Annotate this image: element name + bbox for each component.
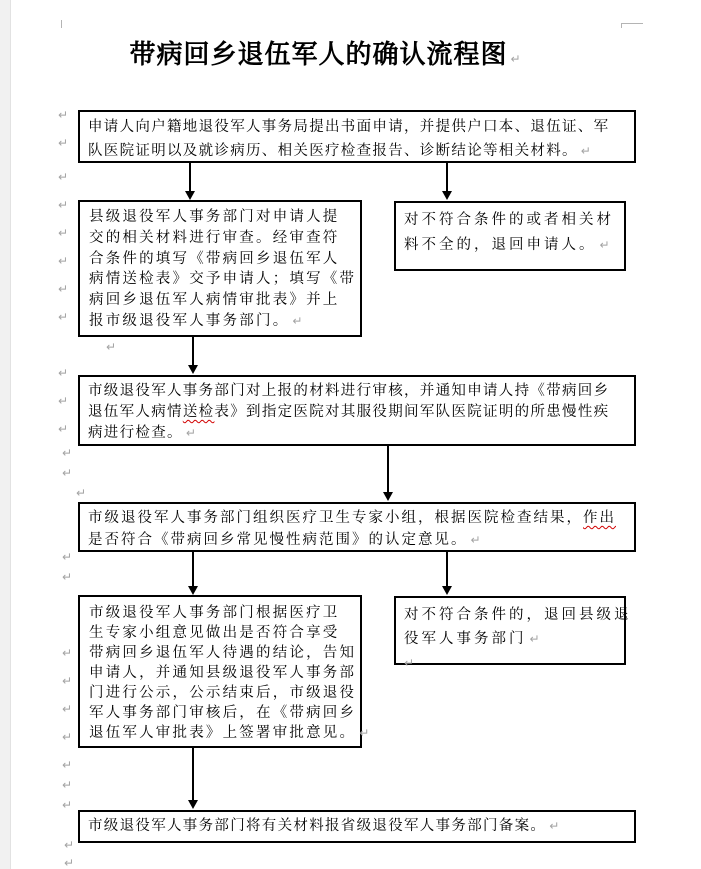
flow-box-line: 病情送检表》交予申请人；填写《带 (89, 269, 354, 290)
flow-box-line: 队医院证明以及就诊病历、相关医疗检查报告、诊断结论等相关材料。↵ (88, 139, 626, 163)
paragraph-mark: ↵ (510, 52, 520, 66)
flow-box-city-check[interactable]: 市级退役军人事务部门对上报的材料进行审核，并通知申请人持《带病回乡 退伍军人病情… (78, 375, 636, 446)
flow-box-line: 申请人向户籍地退役军人事务局提出书面申请，并提供户口本、退伍证、军 (88, 115, 626, 139)
paragraph-mark: ↵ (186, 426, 196, 440)
flow-box-line: 交的相关材料进行审查。经审查符 (89, 228, 354, 249)
page-title[interactable]: 带病回乡退伍军人的确认流程图↵ (35, 34, 615, 71)
arrowhead-icon (383, 492, 393, 501)
paragraph-mark: ↵ (58, 108, 68, 122)
paragraph-mark: ↵ (58, 282, 68, 296)
page-edge-shadow (0, 0, 11, 869)
flow-arrow (192, 748, 194, 801)
paragraph-mark: ↵ (549, 819, 559, 833)
flow-box-line: 报市级退役军人事务部门。↵ (89, 311, 354, 332)
arrowhead-icon (188, 586, 198, 595)
paragraph-mark: ↵ (58, 170, 68, 184)
paragraph-mark: ↵ (471, 533, 481, 547)
flow-box-line: 对不符合条件的，退回县级退 (404, 603, 616, 627)
flow-box-provincial-filing[interactable]: 市级退役军人事务部门将有关材料报省级退役军人事务部门备案。↵ (78, 810, 636, 843)
flow-box-line: 带病回乡退伍军人待遇的结论，告知 (89, 643, 356, 663)
paragraph-mark: ↵ (76, 486, 86, 500)
flow-box-line: 役军人事务部门↵ (404, 627, 616, 651)
flow-box-line: 病进行检查。↵ (88, 423, 626, 444)
flow-box-application[interactable]: 申请人向户籍地退役军人事务局提出书面申请，并提供户口本、退伍证、军 队医院证明以… (78, 110, 636, 163)
paragraph-mark: ↵ (58, 366, 68, 380)
flow-arrow (192, 337, 194, 366)
paragraph-mark: ↵ (62, 466, 72, 480)
flow-box-county-review[interactable]: 县级退役军人事务部门对申请人提 交的相关材料进行审查。经审查符 合条件的填写《带… (78, 200, 362, 337)
paragraph-mark: ↵ (581, 144, 591, 158)
paragraph-mark: ↵ (62, 570, 72, 584)
flow-arrow (446, 163, 448, 192)
paragraph-mark: ↵ (106, 340, 116, 354)
flow-box-conclusion-publicity[interactable]: 市级退役军人事务部门根据医疗卫 生专家小组意见做出是否符合享受 带病回乡退伍军人… (78, 595, 362, 748)
margin-corner-mark-topright (621, 23, 643, 24)
paragraph-mark: ↵ (62, 778, 72, 792)
spellcheck-underline: 送检 (183, 404, 215, 420)
paragraph-mark: ↵ (62, 550, 72, 564)
paragraph-mark: ↵ (62, 446, 72, 460)
flow-box-line: 对不符合条件的或者相关材 (404, 208, 616, 233)
flow-box-line: 市级退役军人事务部门对上报的材料进行审核，并通知申请人持《带病回乡 (88, 381, 626, 402)
flow-arrow (387, 446, 389, 493)
flow-box-line: 县级退役军人事务部门对申请人提 (89, 207, 354, 228)
document-page: 带病回乡退伍军人的确认流程图↵ 申请人向户籍地退役军人事务局提出书面申请，并提供… (0, 0, 701, 869)
paragraph-mark: ↵ (58, 394, 68, 408)
page-title-text: 带病回乡退伍军人的确认流程图 (129, 40, 507, 69)
arrowhead-icon (188, 800, 198, 809)
paragraph-mark: ↵ (58, 310, 68, 324)
flow-box-line: 市级退役军人事务部门组织医疗卫生专家小组，根据医院检查结果，作出 (88, 507, 626, 529)
flow-arrow (189, 163, 191, 192)
paragraph-mark: ↵ (58, 254, 68, 268)
arrowhead-icon (185, 191, 195, 200)
flow-box-line: 生专家小组意见做出是否符合享受 (89, 623, 356, 643)
paragraph-mark: ↵ (58, 422, 68, 436)
arrowhead-icon (188, 365, 198, 374)
flow-box-line: 退伍军人病情送检表》到指定医院对其服役期间军队医院证明的所患慢性疾 (88, 402, 626, 423)
flow-box-reject-to-county[interactable]: 对不符合条件的，退回县级退 役军人事务部门↵ ↵ (394, 596, 626, 665)
flow-box-line: 门进行公示，公示结束后，市级退役 (89, 683, 356, 703)
paragraph-mark: ↵ (58, 136, 68, 150)
paragraph-mark: ↵ (62, 646, 72, 660)
paragraph-mark: ↵ (292, 314, 302, 328)
flow-box-reject-applicant[interactable]: 对不符合条件的或者相关材 料不全的，退回申请人。↵ (394, 201, 626, 271)
flow-box-line: 病回乡退伍军人病情审批表》并上 (89, 290, 354, 311)
flow-arrow (446, 552, 448, 587)
flow-box-expert-opinion[interactable]: 市级退役军人事务部门组织医疗卫生专家小组，根据医院检查结果，作出 是否符合《带病… (78, 502, 636, 552)
paragraph-mark: ↵ (62, 674, 72, 688)
flow-box-line: 市级退役军人事务部门根据医疗卫 (89, 603, 356, 623)
paragraph-mark: ↵ (62, 758, 72, 772)
paragraph-mark: ↵ (64, 856, 74, 869)
margin-corner-mark-topright-tick (621, 23, 622, 28)
paragraph-mark: ↵ (62, 702, 72, 716)
paragraph-mark: ↵ (359, 726, 369, 740)
paragraph-mark: ↵ (58, 198, 68, 212)
spellcheck-underline: 作出 (583, 510, 616, 526)
flow-arrow (192, 552, 194, 587)
flow-box-line: 料不全的，退回申请人。↵ (404, 233, 616, 258)
flow-box-line: 是否符合《带病回乡常见慢性病范围》的认定意见。↵ (88, 529, 626, 551)
paragraph-mark: ↵ (62, 730, 72, 744)
margin-corner-mark-topleft (61, 20, 62, 28)
flow-box-line: 军人事务部门审核后，在《带病回乡 (89, 703, 356, 723)
arrowhead-icon (442, 586, 452, 595)
paragraph-mark: ↵ (404, 656, 414, 670)
paragraph-mark: ↵ (600, 238, 610, 252)
flow-box-line: 退伍军人审批表》上签署审批意见。↵ (89, 723, 356, 743)
paragraph-mark: ↵ (64, 838, 74, 852)
flow-box-line: 申请人，并通知县级退役军人事务部 (89, 663, 356, 683)
flow-box-line: 市级退役军人事务部门将有关材料报省级退役军人事务部门备案。↵ (88, 816, 626, 837)
flow-box-line: ↵ (404, 651, 616, 675)
flow-box-line: 合条件的填写《带病回乡退伍军人 (89, 249, 354, 270)
paragraph-mark: ↵ (530, 632, 540, 646)
arrowhead-icon (442, 191, 452, 200)
paragraph-mark: ↵ (58, 226, 68, 240)
paragraph-mark: ↵ (62, 798, 72, 812)
